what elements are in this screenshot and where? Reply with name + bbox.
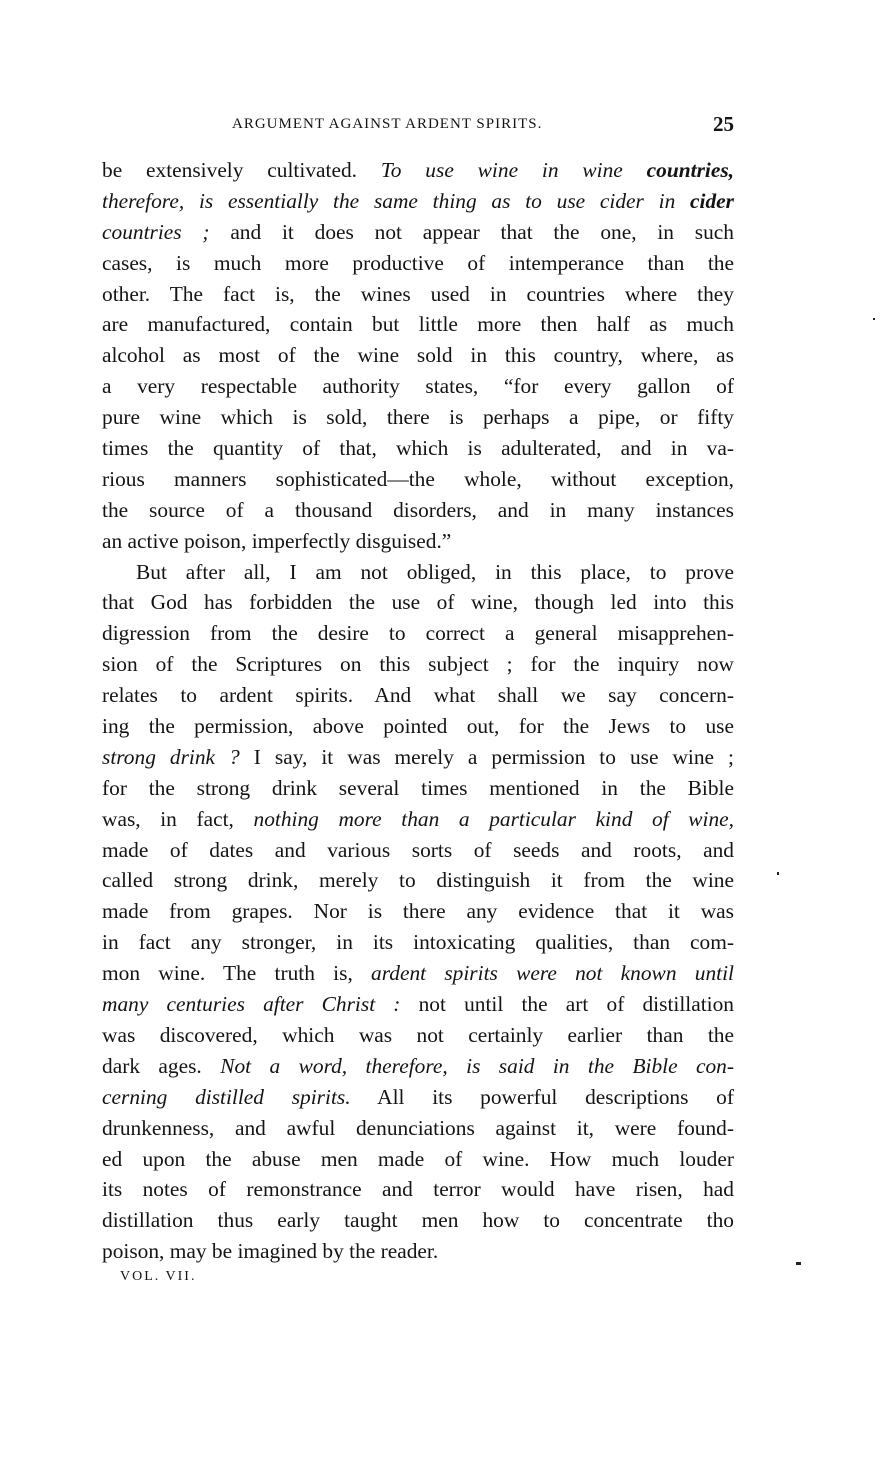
text-span: ed upon the abuse men made of wine. How … bbox=[102, 1147, 734, 1171]
text-span: a very respectable authority states, “fo… bbox=[102, 374, 734, 398]
text-span: called strong drink, merely to distingui… bbox=[102, 868, 734, 892]
text-line: was discovered, which was not certainly … bbox=[102, 1020, 734, 1051]
scan-speck bbox=[796, 1262, 801, 1265]
text-line: pure wine which is sold, there is perhap… bbox=[102, 402, 734, 433]
text-line: times the quantity of that, which is adu… bbox=[102, 433, 734, 464]
text-span: that God has forbidden the use of wine, … bbox=[102, 590, 734, 614]
text-span: was discovered, which was not certainly … bbox=[102, 1023, 734, 1047]
text-line: sion of the Scriptures on this subject ;… bbox=[102, 649, 734, 680]
running-title: ARGUMENT AGAINST ARDENT SPIRITS. bbox=[232, 116, 542, 133]
scan-speck bbox=[873, 318, 875, 320]
emphasis-span: countries, bbox=[647, 158, 734, 182]
text-span: are manufactured, contain but little mor… bbox=[102, 312, 734, 336]
text-line: ing the permission, above pointed out, f… bbox=[102, 711, 734, 742]
text-line: therefore, is essentially the same thing… bbox=[102, 186, 734, 217]
emphasis-span: ardent spirits were not known until bbox=[371, 961, 734, 985]
text-span: made from grapes. Nor is there any evide… bbox=[102, 899, 734, 923]
text-line: countries ; and it does not appear that … bbox=[102, 217, 734, 248]
page-number: 25 bbox=[713, 112, 734, 137]
text-line: was, in fact, nothing more than a partic… bbox=[102, 804, 734, 835]
text-span: pure wine which is sold, there is perhap… bbox=[102, 405, 734, 429]
emphasis-span: cider bbox=[690, 189, 734, 213]
text-span: poison, may be imagined by the reader. bbox=[102, 1239, 438, 1263]
text-span: in fact any stronger, in its intoxicatin… bbox=[102, 930, 734, 954]
text-span: All its powerful descriptions of bbox=[351, 1085, 734, 1109]
text-line: called strong drink, merely to distingui… bbox=[102, 865, 734, 896]
text-line: poison, may be imagined by the reader. bbox=[102, 1236, 734, 1267]
text-line: cases, is much more productive of intemp… bbox=[102, 248, 734, 279]
text-span: other. The fact is, the wines used in co… bbox=[102, 282, 734, 306]
text-span: dark ages. bbox=[102, 1054, 220, 1078]
text-span: alcohol as most of the wine sold in this… bbox=[102, 343, 734, 367]
emphasis-span: Not a word, therefore, is said in the Bi… bbox=[220, 1054, 734, 1078]
text-line: for the strong drink several times menti… bbox=[102, 773, 734, 804]
text-span: mon wine. The truth is, bbox=[102, 961, 371, 985]
text-span: cases, is much more productive of intemp… bbox=[102, 251, 734, 275]
text-span: and it does not appear that the one, in … bbox=[210, 220, 734, 244]
text-span: drunkenness, and awful denunciations aga… bbox=[102, 1116, 734, 1140]
text-line: mon wine. The truth is, ardent spirits w… bbox=[102, 958, 734, 989]
text-span: digression from the desire to correct a … bbox=[102, 621, 734, 645]
paragraph-p2: But after all, I am not obliged, in this… bbox=[102, 557, 734, 1267]
text-line: many centuries after Christ : not until … bbox=[102, 989, 734, 1020]
text-line: in fact any stronger, in its intoxicatin… bbox=[102, 927, 734, 958]
emphasis-span: strong drink ? bbox=[102, 745, 240, 769]
emphasis-span: cerning distilled spirits. bbox=[102, 1085, 351, 1109]
text-line: ed upon the abuse men made of wine. How … bbox=[102, 1144, 734, 1175]
emphasis-span: countries ; bbox=[102, 220, 210, 244]
text-span: its notes of remonstrance and terror wou… bbox=[102, 1177, 734, 1201]
running-head: ARGUMENT AGAINST ARDENT SPIRITS. 25 bbox=[102, 112, 734, 138]
text-span: the source of a thousand disorders, and … bbox=[102, 498, 734, 522]
text-line: dark ages. Not a word, therefore, is sai… bbox=[102, 1051, 734, 1082]
text-line: cerning distilled spirits. All its power… bbox=[102, 1082, 734, 1113]
text-span: relates to ardent spirits. And what shal… bbox=[102, 683, 734, 707]
text-line: an active poison, imperfectly disguised.… bbox=[102, 526, 734, 557]
text-line: other. The fact is, the wines used in co… bbox=[102, 279, 734, 310]
text-line: drunkenness, and awful denunciations aga… bbox=[102, 1113, 734, 1144]
emphasis-span: To use wine in wine bbox=[381, 158, 647, 182]
text-span: sion of the Scriptures on this subject ;… bbox=[102, 652, 734, 676]
text-line: distillation thus early taught men how t… bbox=[102, 1205, 734, 1236]
text-span: I say, it was merely a permission to use… bbox=[240, 745, 734, 769]
text-span: made of dates and various sorts of seeds… bbox=[102, 838, 734, 862]
text-line: made of dates and various sorts of seeds… bbox=[102, 835, 734, 866]
emphasis-span: therefore, is essentially the same thing… bbox=[102, 189, 690, 213]
text-line: alcohol as most of the wine sold in this… bbox=[102, 340, 734, 371]
text-span: not until the art of distillation bbox=[400, 992, 734, 1016]
emphasis-span: many centuries after Christ : bbox=[102, 992, 400, 1016]
scan-speck bbox=[777, 872, 779, 875]
text-line: the source of a thousand disorders, and … bbox=[102, 495, 734, 526]
text-line: But after all, I am not obliged, in this… bbox=[102, 557, 734, 588]
text-span: for the strong drink several times menti… bbox=[102, 776, 734, 800]
text-span: But after all, I am not obliged, in this… bbox=[136, 560, 734, 584]
signature-mark: VOL. VII. bbox=[120, 1269, 196, 1285]
text-line: a very respectable authority states, “fo… bbox=[102, 371, 734, 402]
text-span: rious manners sophisticated—the whole, w… bbox=[102, 467, 734, 491]
text-line: be extensively cultivated. To use wine i… bbox=[102, 155, 734, 186]
text-span: distillation thus early taught men how t… bbox=[102, 1208, 734, 1232]
text-line: digression from the desire to correct a … bbox=[102, 618, 734, 649]
body-text: be extensively cultivated. To use wine i… bbox=[102, 155, 734, 1267]
text-line: made from grapes. Nor is there any evide… bbox=[102, 896, 734, 927]
text-span: was, in fact, bbox=[102, 807, 254, 831]
text-span: times the quantity of that, which is adu… bbox=[102, 436, 734, 460]
text-line: are manufactured, contain but little mor… bbox=[102, 309, 734, 340]
text-line: relates to ardent spirits. And what shal… bbox=[102, 680, 734, 711]
text-span: an active poison, imperfectly disguised.… bbox=[102, 529, 451, 553]
text-span: be extensively cultivated. bbox=[102, 158, 381, 182]
text-line: that God has forbidden the use of wine, … bbox=[102, 587, 734, 618]
text-line: strong drink ? I say, it was merely a pe… bbox=[102, 742, 734, 773]
text-line: its notes of remonstrance and terror wou… bbox=[102, 1174, 734, 1205]
emphasis-span: nothing more than a particular kind of w… bbox=[254, 807, 735, 831]
paragraph-p1: be extensively cultivated. To use wine i… bbox=[102, 155, 734, 557]
text-span: ing the permission, above pointed out, f… bbox=[102, 714, 734, 738]
text-line: rious manners sophisticated—the whole, w… bbox=[102, 464, 734, 495]
book-page: ARGUMENT AGAINST ARDENT SPIRITS. 25 be e… bbox=[0, 0, 888, 1475]
